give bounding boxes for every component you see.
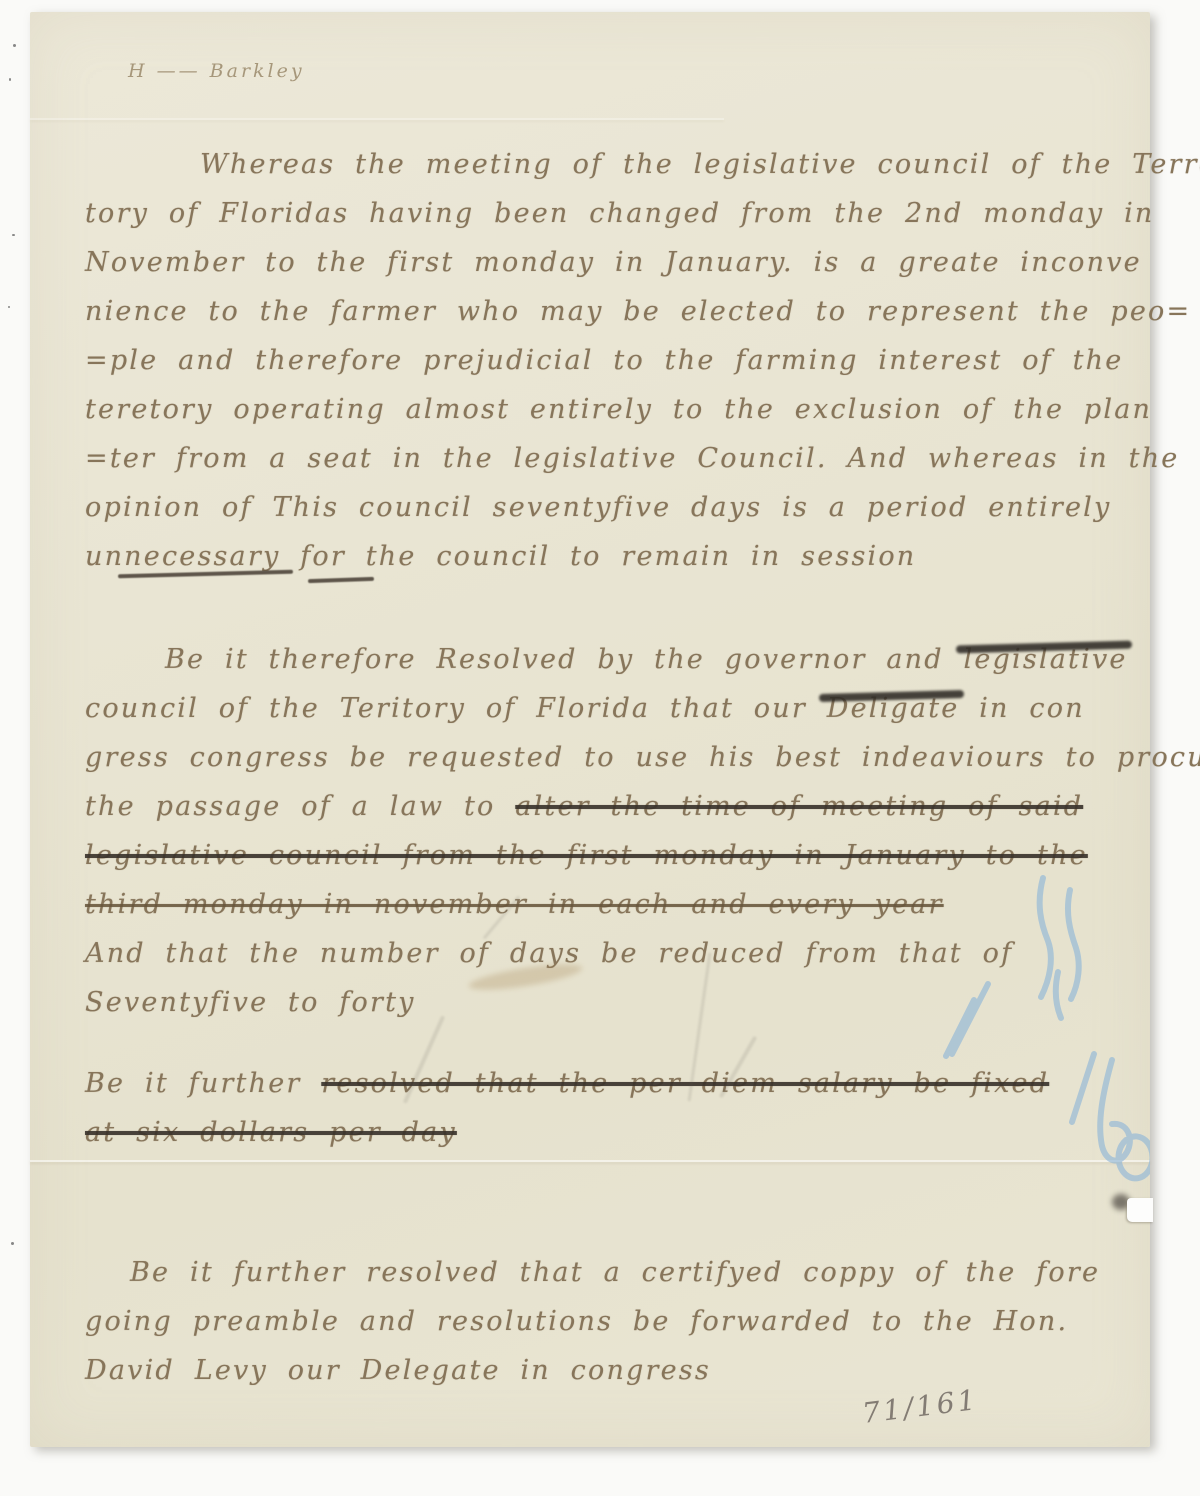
handwritten-text: November to the first monday in January.… <box>85 247 1142 278</box>
handwritten-text: council of the Teritory of Florida that … <box>85 693 827 724</box>
handwritten-text: opinion of This council seventyfive days… <box>85 492 1111 523</box>
edge-speck <box>13 44 16 47</box>
manuscript-text: Whereas the meeting of the legislative c… <box>85 140 1145 1395</box>
handwritten-text: gress congress be requested to use his b… <box>85 742 1200 773</box>
handwritten-text: teretory operating almost entirely to th… <box>85 394 1152 425</box>
top-annotation: H —— Barkley <box>128 60 305 82</box>
manuscript-line: And that the number of days be reduced f… <box>85 929 1145 978</box>
manuscript-line: Whereas the meeting of the legislative c… <box>85 140 1145 189</box>
crease-line <box>30 118 724 120</box>
struck-text: at six dollars per day <box>85 1117 457 1148</box>
manuscript-line: tory of Floridas having been changed fro… <box>85 189 1145 238</box>
manuscript-line: =ple and therefore prejudicial to the fa… <box>85 336 1145 385</box>
handwritten-text: going preamble and resolutions be forwar… <box>85 1306 1068 1337</box>
edge-speck <box>8 306 10 308</box>
manuscript-line: David Levy our Delegate in congress <box>85 1346 1145 1395</box>
ink-blotted-text: legislative <box>964 644 1128 675</box>
manuscript-line: teretory operating almost entirely to th… <box>85 385 1145 434</box>
manuscript-line: =ter from a seat in the legislative Coun… <box>85 434 1145 483</box>
ink-blotted-text: Deligate <box>827 693 960 724</box>
manuscript-line: going preamble and resolutions be forwar… <box>85 1297 1145 1346</box>
struck-text: resolved that the per diem salary be fix… <box>321 1068 1049 1099</box>
manuscript-line: Be it therefore Resolved by the governor… <box>85 635 1145 684</box>
handwritten-text: Be it therefore Resolved by the governor… <box>165 644 964 675</box>
struck-text: legislative council from the first monda… <box>85 840 1088 871</box>
manuscript-line: council of the Teritory of Florida that … <box>85 684 1145 733</box>
handwritten-text: Whereas the meeting of the legislative c… <box>200 149 1200 180</box>
manuscript-line: Seventyfive to forty <box>85 978 1145 1027</box>
paragraph: Be it therefore Resolved by the governor… <box>85 635 1145 1027</box>
manuscript-line: at six dollars per day <box>85 1108 1145 1157</box>
paragraph: Be it further resolved that the per diem… <box>85 1059 1145 1157</box>
scan-background: H —— Barkley Whereas the meeting of the … <box>0 0 1200 1496</box>
manuscript-line: third monday in november in each and eve… <box>85 880 1145 929</box>
manuscript-line: November to the first monday in January.… <box>85 238 1145 287</box>
handwritten-text: unnecessary for the council to remain in… <box>85 541 916 572</box>
handwritten-text: Seventyfive to forty <box>85 987 416 1018</box>
manuscript-line: the passage of a law to alter the time o… <box>85 782 1145 831</box>
handwritten-text: =ple and therefore prejudicial to the fa… <box>85 345 1123 376</box>
manuscript-line: nience to the farmer who may be elected … <box>85 287 1145 336</box>
struck-text: alter the time of meeting of said <box>515 791 1083 822</box>
handwritten-text: Be it further <box>85 1068 321 1099</box>
manuscript-line: gress congress be requested to use his b… <box>85 733 1145 782</box>
paper-sheet: H —— Barkley Whereas the meeting of the … <box>30 12 1150 1447</box>
handwritten-text: in con <box>959 693 1084 724</box>
handwritten-text: nience to the farmer who may be elected … <box>85 296 1191 327</box>
manuscript-line: legislative council from the first monda… <box>85 831 1145 880</box>
handwritten-text: David Levy our Delegate in congress <box>85 1355 711 1386</box>
manuscript-line: opinion of This council seventyfive days… <box>85 483 1145 532</box>
handwritten-text: =ter from a seat in the legislative Coun… <box>85 443 1179 474</box>
edge-speck <box>11 1242 14 1245</box>
manuscript-line: Be it further resolved that a certifyed … <box>85 1248 1145 1297</box>
edge-speck <box>12 234 15 236</box>
handwritten-text: the passage of a law to <box>85 791 515 822</box>
handwritten-text: Be it further resolved that a certifyed … <box>130 1257 1100 1288</box>
paragraph: Be it further resolved that a certifyed … <box>85 1248 1145 1395</box>
manuscript-line: Be it further resolved that the per diem… <box>85 1059 1145 1108</box>
edge-speck <box>9 78 11 81</box>
handwritten-text: tory of Floridas having been changed fro… <box>85 198 1155 229</box>
paper-tear <box>1127 1198 1153 1222</box>
paragraph: Whereas the meeting of the legislative c… <box>85 140 1145 581</box>
